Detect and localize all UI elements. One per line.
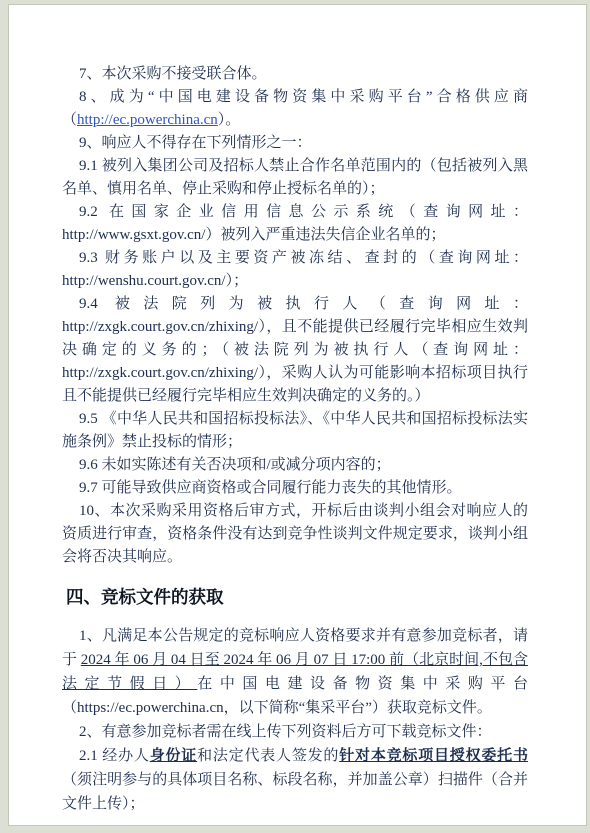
clause-8-text-post: ）。 (218, 112, 241, 128)
document-page: 7、本次采购不接受联合体。 8、成为“中国电建设备物资集中采购平台”合格供应商（… (8, 4, 587, 826)
clause-9-4: 9.4 被法院列为被执行人（查询网址：http://zxgk.court.gov… (62, 293, 528, 408)
clause-9-7: 9.7 可能导致供应商资格或合同履行能力丧失的其他情形。 (62, 477, 528, 500)
clause-7: 7、本次采购不接受联合体。 (62, 63, 528, 86)
authorization-letter-emphasis: 针对本竞标项目授权委托书 (339, 748, 528, 764)
document-viewport: { "colors": { "body_text": "#1e2e4f", "h… (0, 0, 590, 833)
clause-10: 10、本次采购采用资格后审方式，开标后由谈判小组会对响应人的资质进行审查，资格条… (62, 500, 528, 569)
section-4-para-2: 2、有意参加竞标者需在线上传下列资料后方可下载竞标文件： (62, 720, 528, 744)
clause-8: 8、成为“中国电建设备物资集中采购平台”合格供应商（http://ec.powe… (62, 86, 528, 132)
id-card-emphasis: 身份证 (150, 748, 197, 764)
clause-9-2: 9.2 在国家企业信用信息公示系统（查询网址：http://www.gsxt.g… (62, 201, 528, 247)
section-4-para-2-1-post: （须注明参与的具体项目名称、标段名称，并加盖公章）扫描件（合并文件上传）； (62, 772, 528, 812)
section-4-heading: 四、竞标文件的获取 (62, 584, 528, 610)
section-4-para-2-1-mid: 和法定代表人签发的 (197, 748, 339, 764)
section-4-para-1: 1、凡满足本公告规定的竞标响应人资格要求并有意参加竞标者，请于 2024 年 0… (62, 624, 528, 720)
document-content: 7、本次采购不接受联合体。 8、成为“中国电建设备物资集中采购平台”合格供应商（… (62, 63, 528, 816)
clause-9-5: 9.5 《中华人民共和国招标投标法》、《中华人民共和国招标投标法实施条例》禁止投… (62, 408, 528, 454)
section-4-para-2-1: 2.1 经办人身份证和法定代表人签发的针对本竞标项目授权委托书（须注明参与的具体… (62, 744, 528, 816)
section-4-para-2-1-pre: 2.1 经办人 (79, 748, 150, 764)
clause-9-1: 9.1 被列入集团公司及招标人禁止合作名单范围内的（包括被列入黑名单、慎用名单、… (62, 155, 528, 201)
clause-9-3: 9.3 财务账户以及主要资产被冻结、查封的（查询网址：http://wenshu… (62, 247, 528, 293)
clause-9: 9、响应人不得存在下列情形之一： (62, 132, 528, 155)
clause-9-6: 9.6 未如实陈述有关否决项和/或减分项内容的； (62, 454, 528, 477)
powerchina-platform-link[interactable]: http://ec.powerchina.cn (77, 112, 218, 128)
